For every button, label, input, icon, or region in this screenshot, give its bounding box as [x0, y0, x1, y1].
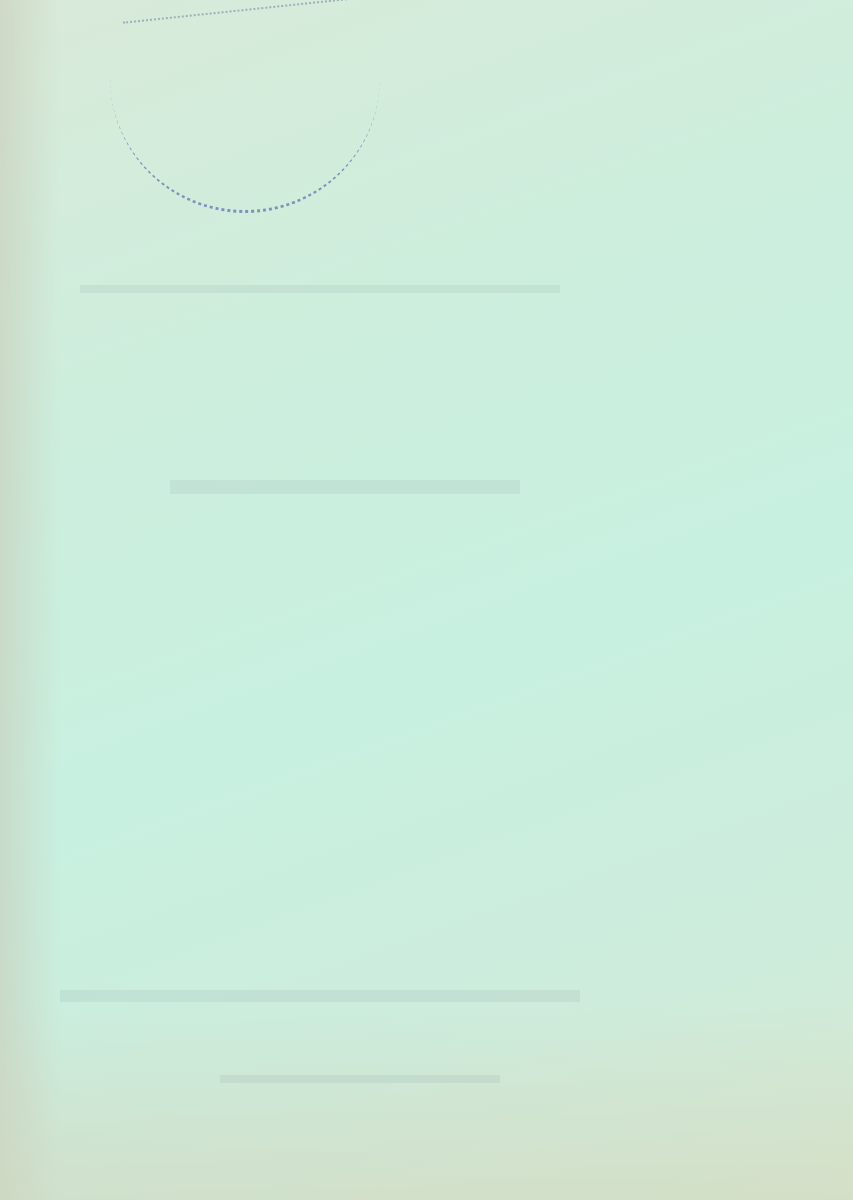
faded-subtitle — [170, 480, 520, 494]
scan-shadow-bottom — [0, 1000, 853, 1200]
library-stamp — [110, 70, 380, 213]
faded-title — [80, 285, 560, 293]
handwritten-annotation — [123, 0, 387, 73]
faded-footer-heading — [60, 990, 580, 1002]
scanned-page — [0, 0, 853, 1200]
faded-footer-subheading — [220, 1075, 500, 1083]
